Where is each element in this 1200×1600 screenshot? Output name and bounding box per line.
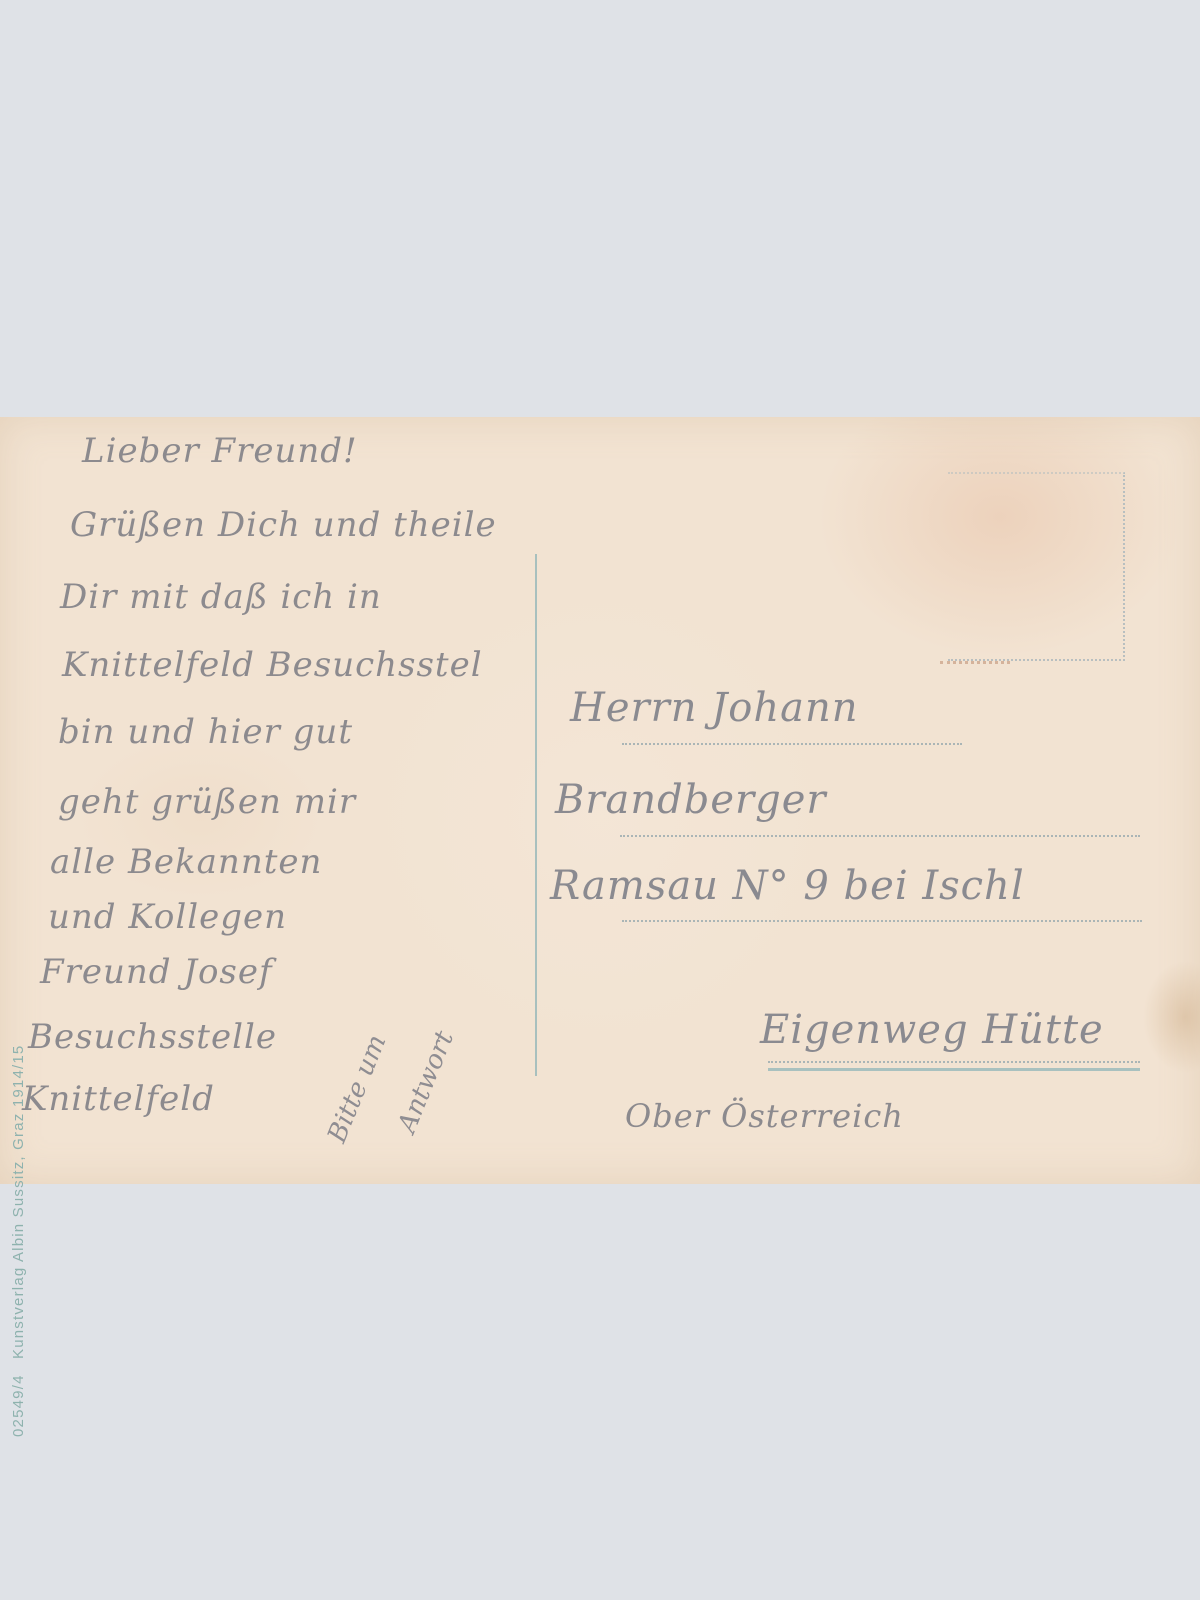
message-line: Knittelfeld: [22, 1079, 215, 1119]
address-line-surname: Brandberger: [555, 777, 827, 823]
message-line: Grüßen Dich und theile: [70, 505, 497, 545]
message-line: Besuchsstelle: [28, 1017, 277, 1057]
address-rule-solid: [768, 1068, 1140, 1071]
address-region: Ober Österreich: [625, 1097, 904, 1135]
side-note: Bitte um: [322, 1031, 392, 1147]
message-line: Knittelfeld Besuchsstel: [62, 645, 483, 685]
message-line: und Kollegen: [48, 897, 287, 937]
address-rule: [768, 1061, 1140, 1063]
address-line-name: Herrn Johann: [570, 685, 859, 731]
address-rule: [622, 920, 1142, 922]
message-line: geht grüßen mir: [58, 782, 356, 822]
stamp-area: [948, 472, 1125, 661]
publisher-code: 02549/4: [10, 1374, 27, 1437]
message-line: alle Bekannten: [50, 842, 322, 882]
message-line: Freund Josef: [40, 952, 273, 992]
side-note: Antwort: [392, 1027, 460, 1137]
address-rule: [622, 743, 962, 745]
message-line: Dir mit daß ich in: [60, 577, 382, 617]
message-line: bin und hier gut: [58, 712, 353, 752]
address-rule: [620, 835, 1140, 837]
message-line: Lieber Freund!: [82, 431, 358, 471]
stamp-residue: [940, 647, 1010, 664]
center-divider: [535, 554, 537, 1076]
address-line-street: Ramsau N° 9 bei Ischl: [550, 863, 1025, 909]
address-line-place: Eigenweg Hütte: [760, 1007, 1104, 1053]
postcard-back: 02549/4 Kunstverlag Albin Sussitz, Graz …: [0, 417, 1200, 1184]
